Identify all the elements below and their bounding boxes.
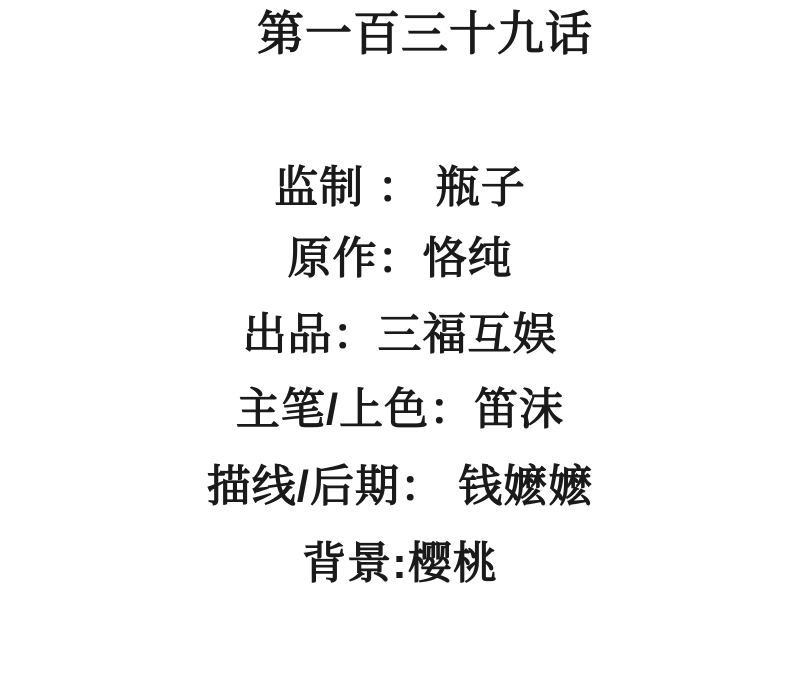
credit-line-lineart-postprod: 描线/后期： 钱嬷嬷 <box>0 464 800 510</box>
credit-line-background-art: 背景:樱桃 <box>0 541 800 587</box>
chapter-title: 第一百三十九话 <box>0 8 800 60</box>
credit-line-supervisor: 监制 ： 瓶子 <box>0 165 800 211</box>
credits-page: 第一百三十九话 监制 ： 瓶子 原作：恪纯 出品：三福互娱 主笔/上色：笛沫 描… <box>0 0 800 675</box>
credit-line-original-work: 原作：恪纯 <box>0 236 800 282</box>
credit-line-lead-artist-coloring: 主笔/上色：笛沫 <box>0 387 800 433</box>
credit-line-producer: 出品：三福互娱 <box>0 312 800 358</box>
